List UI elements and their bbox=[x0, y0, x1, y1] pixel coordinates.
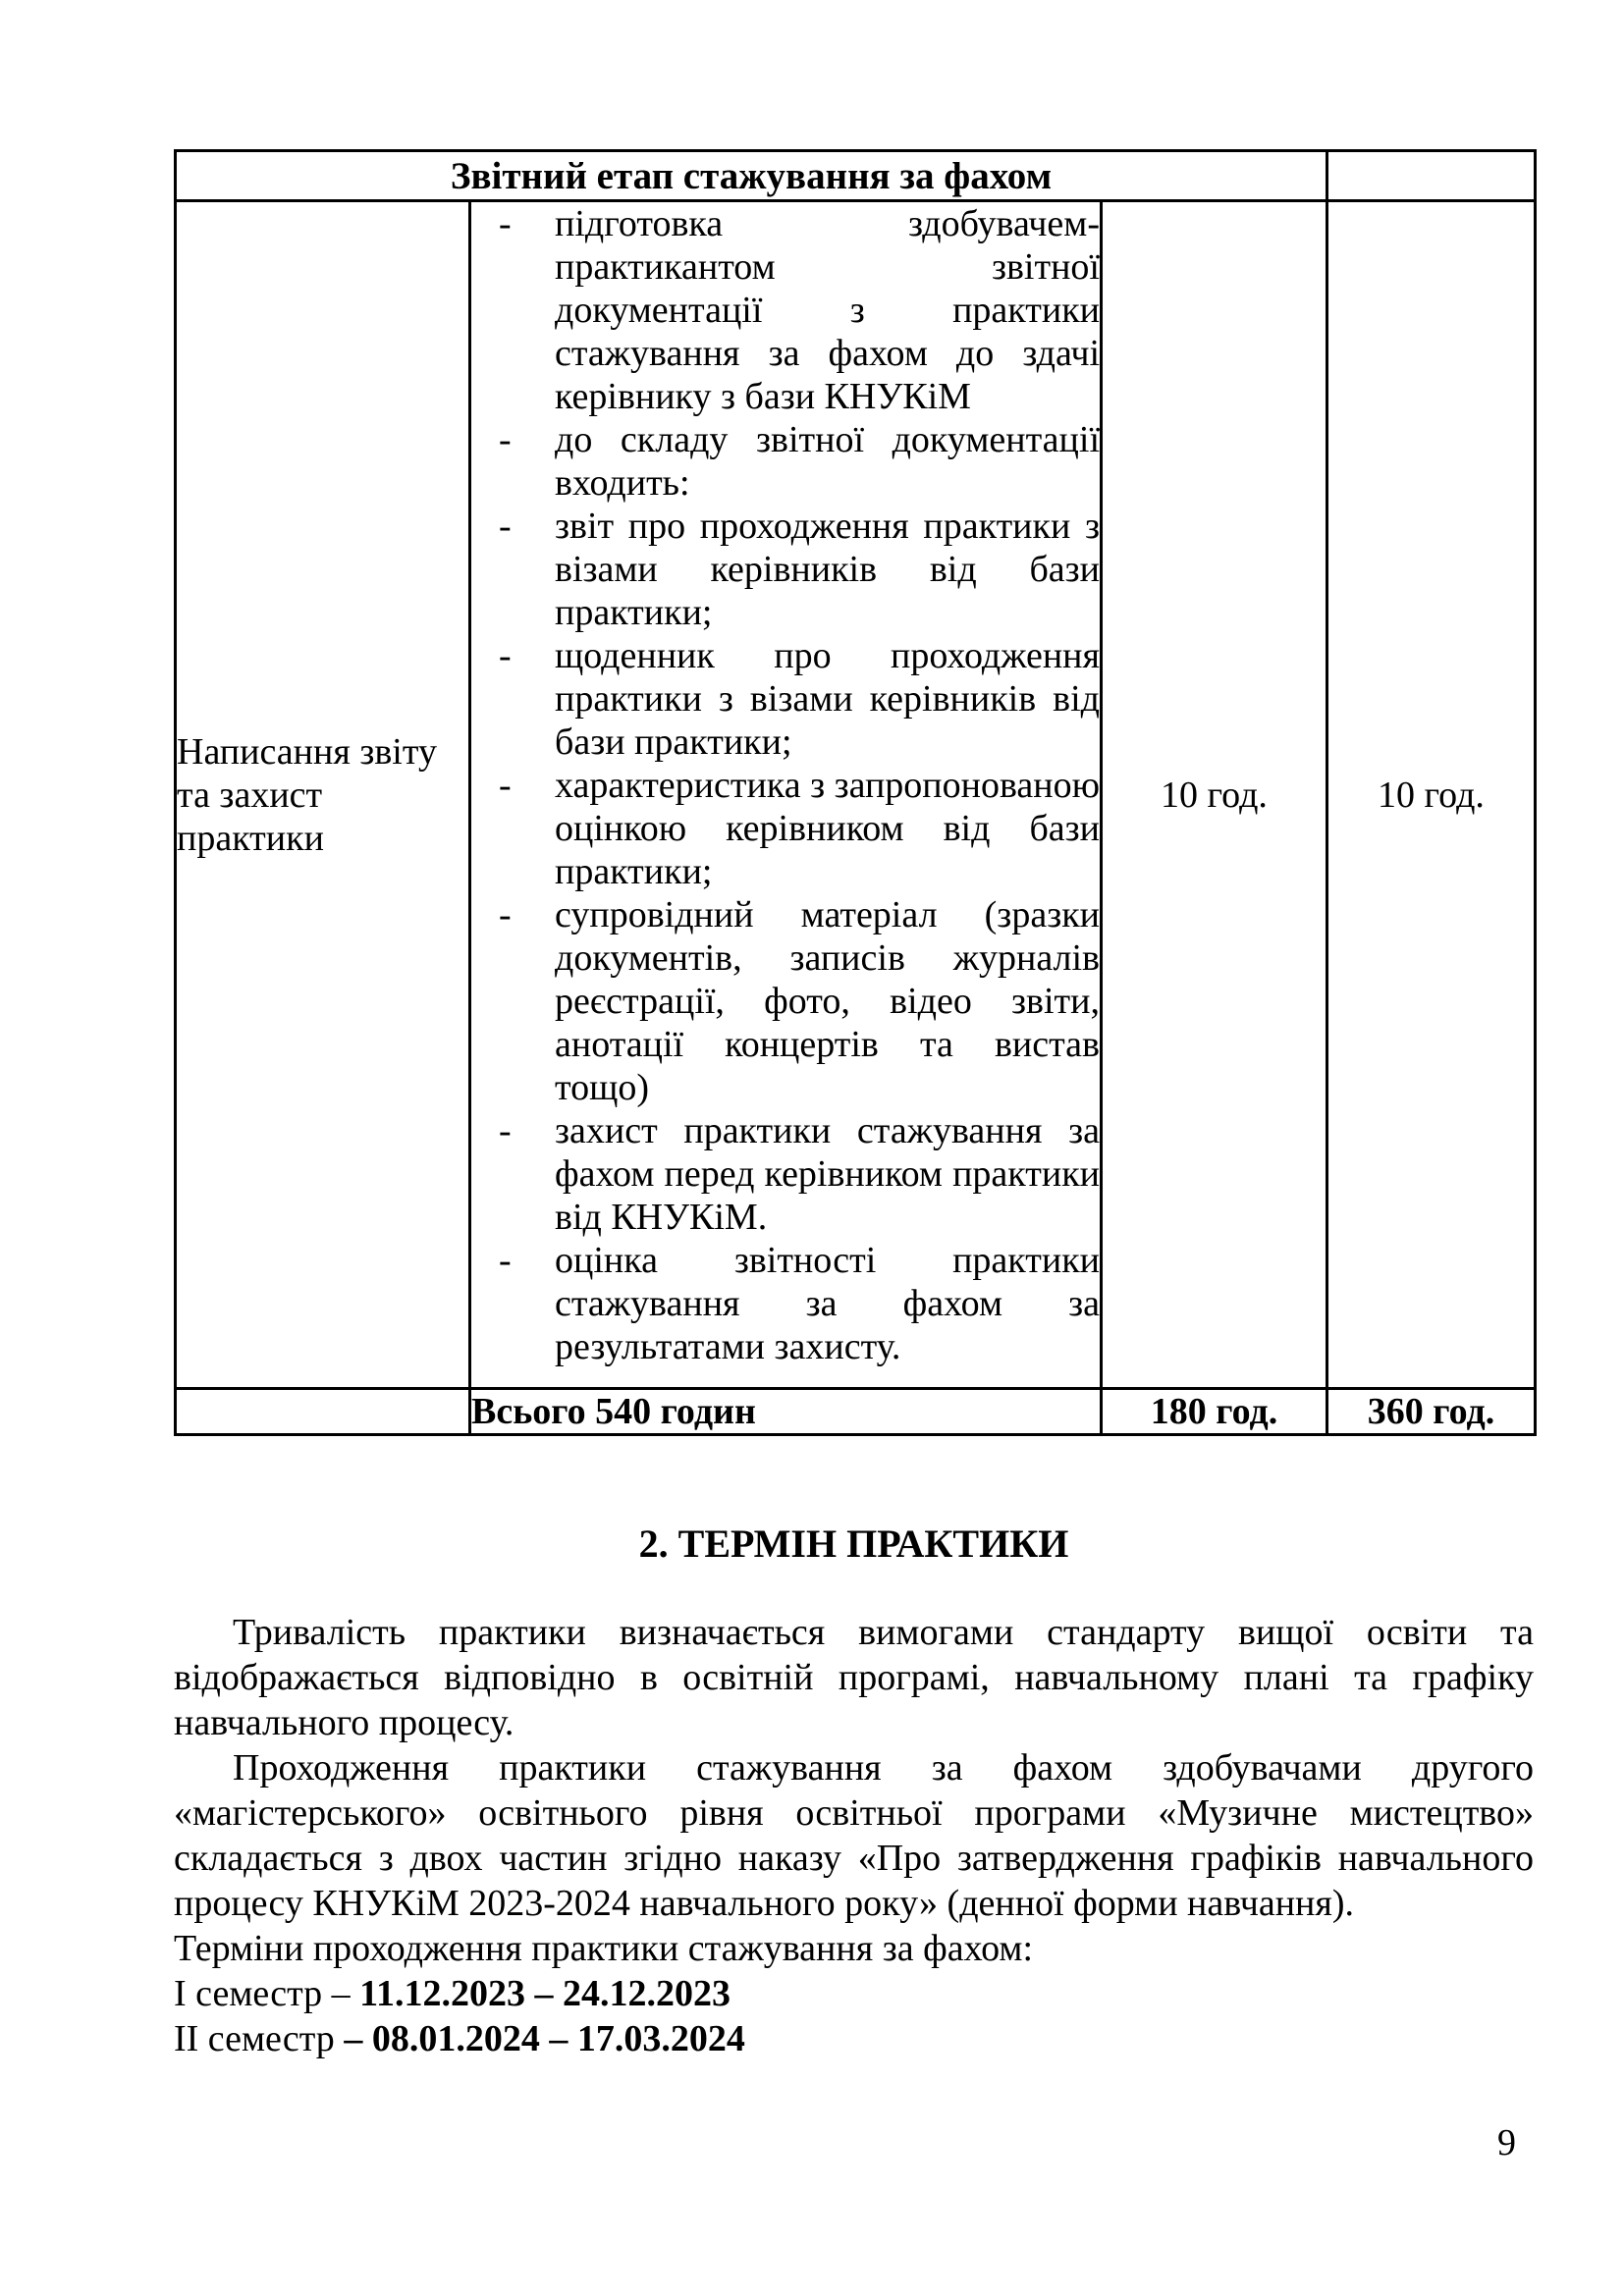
list-item: - захист практики стажування за фахом пе… bbox=[471, 1109, 1100, 1239]
content-area: Звітний етап стажування за фахом Написан… bbox=[174, 149, 1534, 2061]
list-item: - характеристика з запропонованою оцінко… bbox=[471, 764, 1100, 893]
semester2-line: ІІ семестр – 08.01.2024 – 17.03.2024 bbox=[174, 2016, 1534, 2061]
bullet-dash: - bbox=[499, 505, 512, 548]
semester1-label: І семестр – bbox=[174, 1973, 359, 2014]
table-header-row: Звітний етап стажування за фахом bbox=[176, 151, 1536, 201]
document-page: Звітний етап стажування за фахом Написан… bbox=[0, 0, 1624, 2296]
internship-schedule-table: Звітний етап стажування за фахом Написан… bbox=[174, 149, 1537, 1436]
list-item: - оцінка звітності практики стажування з… bbox=[471, 1239, 1100, 1368]
hours-semester1-cell: 10 год. bbox=[1102, 201, 1327, 1389]
list-item-text: до складу звітної документації входить: bbox=[555, 419, 1100, 504]
bullet-dash: - bbox=[499, 634, 512, 677]
list-item: - щоденник про проходження практики з ві… bbox=[471, 634, 1100, 764]
list-item-text: супровідний матеріал (зразки документів,… bbox=[555, 894, 1100, 1108]
total-semester2-cell: 360 год. bbox=[1327, 1389, 1536, 1435]
paragraph-structure: Проходження практики стажування за фахом… bbox=[174, 1745, 1534, 1926]
bullet-dash: - bbox=[499, 1239, 512, 1282]
bullet-dash: - bbox=[499, 764, 512, 807]
list-item-text: підготовка здобувачем-практикантом звітн… bbox=[555, 203, 1100, 417]
section-heading: 2. ТЕРМІН ПРАКТИКИ bbox=[174, 1522, 1534, 1567]
terms-intro-line: Терміни проходження практики стажування … bbox=[174, 1926, 1534, 1971]
table-body-row: Написання звіту та захист практики - під… bbox=[176, 201, 1536, 1389]
total-empty-cell bbox=[176, 1389, 470, 1435]
bullet-dash: - bbox=[499, 418, 512, 461]
semester1-dates: 11.12.2023 – 24.12.2023 bbox=[359, 1973, 731, 2014]
table-total-row: Всього 540 годин 180 год. 360 год. bbox=[176, 1389, 1536, 1435]
semester2-label: ІІ семестр bbox=[174, 2018, 344, 2059]
semester2-dates: – 08.01.2024 – 17.03.2024 bbox=[344, 2018, 745, 2059]
list-item-text: звіт про проходження практики з візами к… bbox=[555, 506, 1100, 633]
bullet-dash: - bbox=[499, 202, 512, 245]
list-item-text: характеристика з запропонованою оцінкою … bbox=[555, 765, 1100, 892]
table-header-title: Звітний етап стажування за фахом bbox=[176, 151, 1327, 201]
list-item-text: оцінка звітності практики стажування за … bbox=[555, 1240, 1100, 1367]
activity-name-cell: Написання звіту та захист практики bbox=[176, 201, 470, 1389]
list-item: - підготовка здобувачем-практикантом зві… bbox=[471, 202, 1100, 418]
list-item-text: щоденник про проходження практики з віза… bbox=[555, 635, 1100, 763]
bullet-dash: - bbox=[499, 1109, 512, 1152]
activity-details-cell: - підготовка здобувачем-практикантом зві… bbox=[470, 201, 1102, 1389]
list-item-text: захист практики стажування за фахом пере… bbox=[555, 1110, 1100, 1238]
list-item: - до складу звітної документації входить… bbox=[471, 418, 1100, 505]
total-label-cell: Всього 540 годин bbox=[470, 1389, 1102, 1435]
bullet-dash: - bbox=[499, 893, 512, 936]
hours-semester2-cell: 10 год. bbox=[1327, 201, 1536, 1389]
total-semester1-cell: 180 год. bbox=[1102, 1389, 1327, 1435]
paragraph-duration: Тривалість практики визначається вимогам… bbox=[174, 1610, 1534, 1745]
list-item: - супровідний матеріал (зразки документі… bbox=[471, 893, 1100, 1109]
semester1-line: І семестр – 11.12.2023 – 24.12.2023 bbox=[174, 1971, 1534, 2016]
table-header-empty-cell bbox=[1327, 151, 1536, 201]
page-number: 9 bbox=[1497, 2120, 1516, 2165]
list-item: - звіт про проходження практики з візами… bbox=[471, 505, 1100, 634]
